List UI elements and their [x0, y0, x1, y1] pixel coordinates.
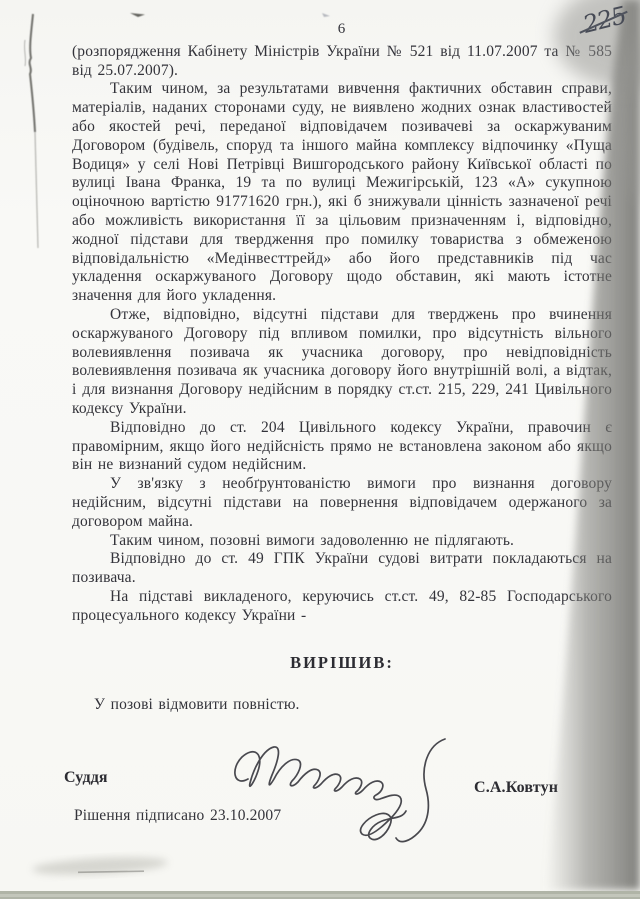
- ink-dash: [322, 13, 330, 17]
- body-paragraph: Відповідно до ст. 204 Цивільного кодексу…: [72, 419, 612, 475]
- ink-dash: [130, 13, 145, 17]
- smudge-line: [78, 870, 144, 873]
- body-paragraph: На підставі викладеного, керуючись ст.ст…: [72, 588, 612, 626]
- scanner-edge-strip: [0, 891, 640, 894]
- scanned-court-decision-page: 6 (розпорядження Кабінету Міністрів Укра…: [0, 0, 640, 899]
- handwritten-page-annotation: 225: [580, 1, 628, 39]
- judge-role-label: Суддя: [64, 769, 108, 788]
- body-paragraph: У зв'язку з необґрунтованістю вимоги про…: [72, 475, 612, 531]
- body-paragraph: Отже, відповідно, відсутні підстави для …: [72, 306, 612, 419]
- fold-crease: [24, 40, 25, 66]
- signature-block: Суддя С.А.Ковтун Рішення підписано 23.10…: [72, 727, 612, 823]
- page-number: 6: [72, 20, 612, 39]
- fold-crease: [35, 132, 38, 248]
- body-paragraph: (розпорядження Кабінету Міністрів Україн…: [72, 43, 612, 81]
- body-paragraph: Відповідно до ст. 49 ГПК України судові …: [72, 550, 612, 588]
- judge-signature: [220, 727, 470, 862]
- ruling-text: У позові відмовити повністю.: [72, 696, 612, 715]
- judge-name: С.А.Ковтун: [474, 779, 558, 798]
- scanner-edge-strip: [0, 891, 640, 899]
- fold-crease: [30, 14, 35, 132]
- document-body: 6 (розпорядження Кабінету Міністрів Укра…: [72, 20, 612, 823]
- signing-date-line: Рішення підписано 23.10.2007: [74, 807, 281, 826]
- smudge-mark: [32, 854, 169, 877]
- ruling-heading: ВИРІШИВ:: [72, 654, 612, 673]
- corner-shadow-blob: [610, 35, 640, 205]
- body-paragraph: Таким чином, позовні вимоги задоволенню …: [72, 532, 612, 551]
- body-paragraph: Таким чином, за результатами вивчення фа…: [72, 80, 612, 306]
